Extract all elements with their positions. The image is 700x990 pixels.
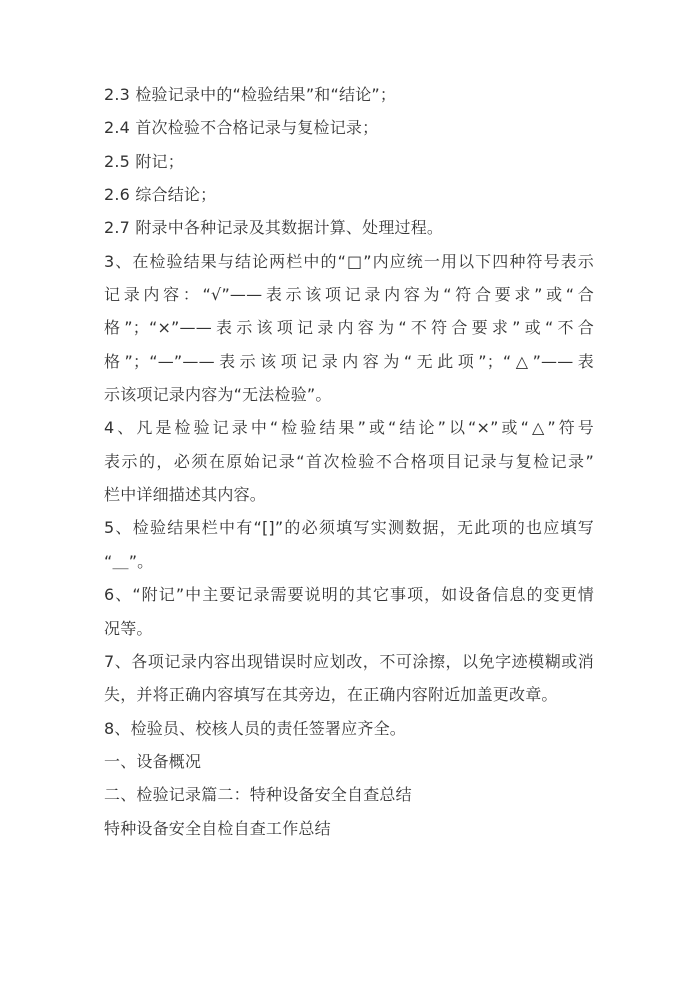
text-line: 7、各项记录内容出现错误时应划改，不可涂擦，以免字迹模糊或消 bbox=[104, 645, 594, 678]
text-line: 4、凡是检验记录中“检验结果”或“结论”以“×”或“△”符号 bbox=[104, 411, 594, 444]
text-line: 3、在检验结果与结论两栏中的“□”内应统一用以下四种符号表示 bbox=[104, 245, 594, 278]
text-line: 6、“附记”中主要记录需要说明的其它事项，如设备信息的变更情 bbox=[104, 578, 594, 611]
text-line: 5、检验结果栏中有“[]”的必须填写实测数据，无此项的也应填写 bbox=[104, 511, 594, 544]
text-line: 记录内容：“√”——表示该项记录内容为“符合要求”或“合 bbox=[104, 278, 594, 311]
text-line: 表示的，必须在原始记录“首次检验不合格项目记录与复检记录” bbox=[104, 445, 594, 478]
text-line: 一、设备概况 bbox=[104, 745, 594, 778]
text-line: 格”；“×”——表示该项记录内容为“不符合要求”或“不合 bbox=[104, 311, 594, 344]
text-line: 况等。 bbox=[104, 612, 594, 645]
document-text-block: 2.3 检验记录中的“检验结果”和“结论”；2.4 首次检验不合格记录与复检记录… bbox=[104, 78, 594, 845]
document-page: 2.3 检验记录中的“检验结果”和“结论”；2.4 首次检验不合格记录与复检记录… bbox=[0, 0, 700, 990]
text-line: 特种设备安全自检自查工作总结 bbox=[104, 812, 594, 845]
text-line: 2.7 附录中各种记录及其数据计算、处理过程。 bbox=[104, 211, 594, 244]
text-line: 示该项记录内容为“无法检验”。 bbox=[104, 378, 594, 411]
text-line: 格”；“—”——表示该项记录内容为“无此项”；“△”——表 bbox=[104, 345, 594, 378]
text-line: 2.6 综合结论； bbox=[104, 178, 594, 211]
text-line: 8、检验员、校核人员的责任签署应齐全。 bbox=[104, 712, 594, 745]
text-line: 失，并将正确内容填写在其旁边，在正确内容附近加盖更改章。 bbox=[104, 678, 594, 711]
text-line: 二、检验记录篇二：特种设备安全自查总结 bbox=[104, 778, 594, 811]
text-line: 2.3 检验记录中的“检验结果”和“结论”； bbox=[104, 78, 594, 111]
text-line: 栏中详细描述其内容。 bbox=[104, 478, 594, 511]
text-line: “＿”。 bbox=[104, 545, 594, 578]
text-line: 2.4 首次检验不合格记录与复检记录； bbox=[104, 111, 594, 144]
text-line: 2.5 附记； bbox=[104, 145, 594, 178]
